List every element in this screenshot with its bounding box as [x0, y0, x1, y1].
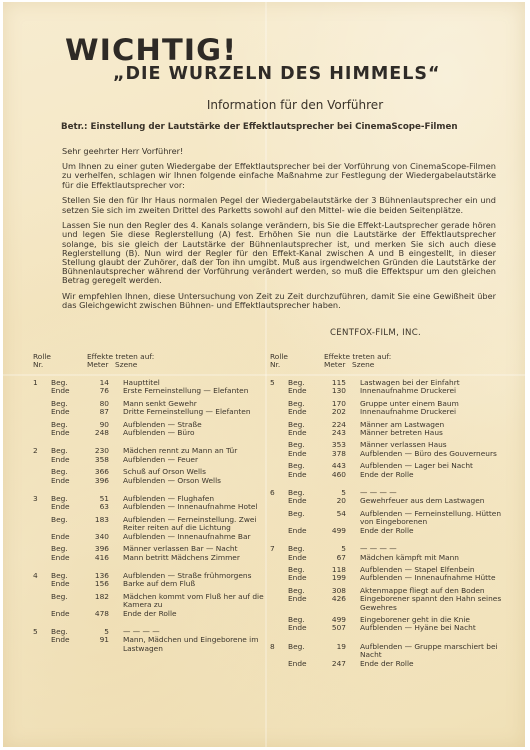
scene-text: Ende der Rolle	[360, 527, 502, 535]
reel-block: 5Beg.5— — — —Ende91Mann, Mädchen und Ein…	[33, 628, 263, 653]
document-title: WICHTIG!	[65, 33, 237, 67]
scene-text: Aufblenden — Hyäne bei Nacht	[360, 624, 502, 632]
cue-label: Beg.	[51, 593, 68, 601]
meter-value: 199	[322, 574, 346, 582]
scene-text: Ende der Rolle	[360, 471, 502, 479]
cue-label: Ende	[51, 456, 70, 464]
table-row: Ende202Innenaufnahme Druckerei	[270, 408, 500, 416]
meter-value: 67	[322, 554, 346, 562]
table-row: Ende130Innenaufnahme Druckerei	[270, 387, 500, 395]
meter-value: 340	[85, 533, 109, 541]
table-row: Ende478Ende der Rolle	[33, 610, 263, 618]
scene-text: Mädchen kommt vom Fluß her auf die Kamer…	[123, 593, 265, 610]
table-header: Rolle Nr. Effekte treten auf: Meter Szen…	[270, 353, 500, 379]
fold-crease	[265, 2, 267, 747]
meter-value: 243	[322, 429, 346, 437]
cue-label: Ende	[288, 450, 307, 458]
scene-text: Barke auf dem Fluß	[123, 580, 265, 588]
scene-text: Dritte Ferneinstellung — Elefanten	[123, 408, 265, 416]
meter-value: 358	[85, 456, 109, 464]
scene-text: Aufblenden — Ferneinstellung. Hütten von…	[360, 510, 502, 527]
scene-text: Aufblenden — Büro des Gouverneurs	[360, 450, 502, 458]
meter-value: 507	[322, 624, 346, 632]
table-row: Ende87Dritte Ferneinstellung — Elefanten	[33, 408, 263, 416]
scene-text: Männer betreten Haus	[360, 429, 502, 437]
scene-text: Aufblenden — Ferneinstellung. Zwei Reite…	[123, 516, 265, 533]
cue-label: Beg.	[288, 510, 305, 518]
meter-value: 247	[322, 660, 346, 668]
meter-value: 183	[85, 516, 109, 524]
meter-value: 426	[322, 595, 346, 603]
reel-table-right: Rolle Nr. Effekte treten auf: Meter Szen…	[270, 353, 500, 678]
letter-body: Sehr geehrter Herr Vorführer! Um Ihnen z…	[62, 147, 496, 317]
scene-text: Aufblenden — Büro	[123, 429, 265, 437]
meter-value: 378	[322, 450, 346, 458]
paragraph: Um Ihnen zu einer guten Wiedergabe der E…	[62, 162, 496, 190]
cue-label: Ende	[288, 595, 307, 603]
meter-value: 202	[322, 408, 346, 416]
meter-value: 20	[322, 497, 346, 505]
reel-block: 1Beg.14HaupttitelEnde76Erste Ferneinstel…	[33, 379, 263, 437]
cue-label: Ende	[51, 408, 70, 416]
cue-label: Beg.	[51, 516, 68, 524]
cue-label: Ende	[288, 624, 307, 632]
reel-block: 7Beg.5— — — —Ende67Mädchen kämpft mit Ma…	[270, 545, 500, 633]
table-row: Ende358Aufblenden — Feuer	[33, 456, 263, 464]
reel-block: 8Beg.19Aufblenden — Gruppe marschiert be…	[270, 643, 500, 668]
table-row: Ende20Gewehrfeuer aus dem Lastwagen	[270, 497, 500, 505]
film-title: „DIE WURZELN DES HIMMELS“	[113, 64, 413, 84]
table-row: Ende76Erste Ferneinstellung — Elefanten	[33, 387, 263, 395]
scene-text: Aufblenden — Innenaufnahme Bar	[123, 533, 265, 541]
cue-label: Ende	[51, 533, 70, 541]
cue-label: Ende	[288, 471, 307, 479]
scene-text: Innenaufnahme Druckerei	[360, 387, 502, 395]
company-signature: CENTFOX-FILM, INC.	[330, 328, 421, 338]
meter-value: 76	[85, 387, 109, 395]
scene-text: Ende der Rolle	[123, 610, 265, 618]
table-row: Ende396Aufblenden — Orson Wells	[33, 477, 263, 485]
cue-label: Beg.	[288, 643, 305, 651]
table-header: Rolle Nr. Effekte treten auf: Meter Szen…	[33, 353, 263, 379]
header-meter: Meter	[87, 361, 108, 369]
cue-label: Ende	[288, 574, 307, 582]
meter-value: 460	[322, 471, 346, 479]
table-row: Ende426Eingeborener spannt den Hahn sein…	[270, 595, 500, 612]
reel-list: 5Beg.115Lastwagen bei der EinfahrtEnde13…	[270, 379, 500, 668]
header-meter: Meter	[324, 361, 345, 369]
meter-value: 416	[85, 554, 109, 562]
reel-block: 6Beg.5— — — —Ende20Gewehrfeuer aus dem L…	[270, 489, 500, 535]
salutation: Sehr geehrter Herr Vorführer!	[62, 147, 496, 156]
cue-label: Ende	[288, 554, 307, 562]
scene-text: Mädchen kämpft mit Mann	[360, 554, 502, 562]
meter-value: 478	[85, 610, 109, 618]
meter-value: 91	[85, 636, 109, 644]
meter-value: 54	[322, 510, 346, 518]
table-row: Beg.183Aufblenden — Ferneinstellung. Zwe…	[33, 516, 263, 533]
cue-label: Ende	[288, 497, 307, 505]
subject-line: Betr.: Einstellung der Lautstärke der Ef…	[61, 122, 458, 132]
table-row: Ende156Barke auf dem Fluß	[33, 580, 263, 588]
cue-label: Ende	[288, 387, 307, 395]
scene-text: Aufblenden — Innenaufnahme Hotel	[123, 503, 265, 511]
meter-value: 87	[85, 408, 109, 416]
paragraph: Lassen Sie nun den Regler des 4. Kanals …	[62, 221, 496, 285]
cue-label: Ende	[51, 503, 70, 511]
scene-text: Eingeborener spannt den Hahn seines Gewe…	[360, 595, 502, 612]
scene-text: Aufblenden — Gruppe marschiert bei Nacht	[360, 643, 502, 660]
table-row: Ende416Mann betritt Mädchens Zimmer	[33, 554, 263, 562]
cue-label: Ende	[51, 387, 70, 395]
meter-value: 130	[322, 387, 346, 395]
meter-value: 396	[85, 477, 109, 485]
reel-block: 3Beg.51Aufblenden — FlughafenEnde63Aufbl…	[33, 495, 263, 562]
reel-list: 1Beg.14HaupttitelEnde76Erste Ferneinstel…	[33, 379, 263, 653]
paragraph: Wir empfehlen Ihnen, diese Untersuchung …	[62, 292, 496, 310]
header-rolle: Rolle Nr.	[33, 353, 51, 370]
reel-block: 4Beg.136Aufblenden — Straße frühmorgensE…	[33, 572, 263, 618]
meter-value: 63	[85, 503, 109, 511]
table-row: Beg.182Mädchen kommt vom Fluß her auf di…	[33, 593, 263, 610]
table-row: Ende199Aufblenden — Innenaufnahme Hütte	[270, 574, 500, 582]
info-line: Information für den Vorführer	[0, 98, 530, 112]
scene-text: Aufblenden — Innenaufnahme Hütte	[360, 574, 502, 582]
meter-value: 248	[85, 429, 109, 437]
table-row: Ende378Aufblenden — Büro des Gouverneurs	[270, 450, 500, 458]
scene-text: Aufblenden — Feuer	[123, 456, 265, 464]
header-szene: Szene	[115, 361, 137, 369]
cue-label: Ende	[51, 636, 70, 644]
table-row: Ende91Mann, Mädchen und Eingeborene im L…	[33, 636, 263, 653]
paragraph: Stellen Sie den für Ihr Haus normalen Pe…	[62, 196, 496, 214]
scene-text: Mann betritt Mädchens Zimmer	[123, 554, 265, 562]
cue-label: Ende	[288, 527, 307, 535]
scene-text: Gewehrfeuer aus dem Lastwagen	[360, 497, 502, 505]
scene-text: Aufblenden — Orson Wells	[123, 477, 265, 485]
table-row: Ende507Aufblenden — Hyäne bei Nacht	[270, 624, 500, 632]
reel-table-left: Rolle Nr. Effekte treten auf: Meter Szen…	[33, 353, 263, 663]
cue-label: Ende	[51, 610, 70, 618]
scene-text: Innenaufnahme Druckerei	[360, 408, 502, 416]
table-row: Ende243Männer betreten Haus	[270, 429, 500, 437]
scene-text: Ende der Rolle	[360, 660, 502, 668]
table-row: Ende67Mädchen kämpft mit Mann	[270, 554, 500, 562]
scene-text: Erste Ferneinstellung — Elefanten	[123, 387, 265, 395]
table-row: Ende499Ende der Rolle	[270, 527, 500, 535]
cue-label: Ende	[288, 429, 307, 437]
meter-value: 156	[85, 580, 109, 588]
table-row: Ende63Aufblenden — Innenaufnahme Hotel	[33, 503, 263, 511]
cue-label: Ende	[288, 408, 307, 416]
meter-value: 182	[85, 593, 109, 601]
reel-block: 2Beg.230Mädchen rennt zu Mann an TürEnde…	[33, 447, 263, 485]
table-row: Ende248Aufblenden — Büro	[33, 429, 263, 437]
header-szene: Szene	[352, 361, 374, 369]
cue-label: Ende	[51, 477, 70, 485]
meter-value: 499	[322, 527, 346, 535]
table-row: Beg.19Aufblenden — Gruppe marschiert bei…	[270, 643, 500, 660]
scene-text: Mann, Mädchen und Eingeborene im Lastwag…	[123, 636, 265, 653]
cue-label: Ende	[51, 429, 70, 437]
cue-label: Ende	[288, 660, 307, 668]
table-row: Ende340Aufblenden — Innenaufnahme Bar	[33, 533, 263, 541]
table-row: Ende247Ende der Rolle	[270, 660, 500, 668]
cue-label: Ende	[51, 554, 70, 562]
table-row: Ende460Ende der Rolle	[270, 471, 500, 479]
meter-value: 19	[322, 643, 346, 651]
table-row: Beg.54Aufblenden — Ferneinstellung. Hütt…	[270, 510, 500, 527]
header-rolle: Rolle Nr.	[270, 353, 288, 370]
reel-block: 5Beg.115Lastwagen bei der EinfahrtEnde13…	[270, 379, 500, 479]
cue-label: Ende	[51, 580, 70, 588]
